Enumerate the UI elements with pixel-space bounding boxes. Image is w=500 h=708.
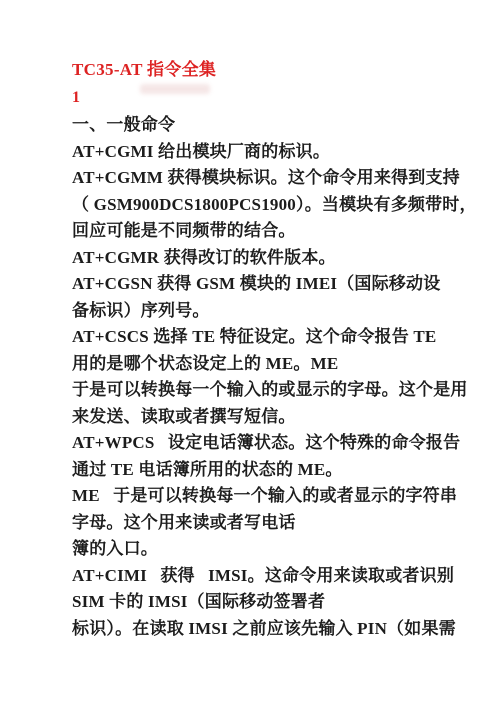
text-line: 于是可以转换每一个输入的或显示的字母。这个是用 bbox=[72, 377, 464, 404]
text-line: SIM 卡的 IMSI（国际移动签署者 bbox=[72, 589, 464, 616]
section-number: 1 bbox=[72, 84, 464, 112]
text-line: 来发送、读取或者撰写短信。 bbox=[72, 404, 464, 431]
text-line: AT+CGMI 给出模块厂商的标识。 bbox=[72, 139, 464, 166]
text-line: 通过 TE 电话簿所用的状态的 ME。 bbox=[72, 457, 464, 484]
text-line: 回应可能是不同频带的结合。 bbox=[72, 218, 464, 245]
text-line: 备标识）序列号。 bbox=[72, 298, 464, 325]
text-line: AT+CSCS 选择 TE 特征设定。这个命令报告 TE bbox=[72, 324, 464, 351]
text-line: （ GSM900DCS1800PCS1900）。当模块有多频带时， bbox=[72, 192, 464, 219]
text-line: 字母。这个用来读或者写电话 bbox=[72, 510, 464, 537]
text-line: 用的是哪个状态设定上的 ME。ME bbox=[72, 351, 464, 378]
text-line: AT+CGMM 获得模块标识。这个命令用来得到支持 bbox=[72, 165, 464, 192]
document-page: TC35-AT 指令全集 1 一、一般命令 AT+CGMI 给出模块厂商的标识。… bbox=[0, 0, 500, 708]
text-line: AT+WPCS 设定电话簿状态。这个特殊的命令报告 bbox=[72, 430, 464, 457]
text-line: AT+CIMI 获得 IMSI。这命令用来读取或者识别 bbox=[72, 563, 464, 590]
text-line: ME 于是可以转换每一个输入的或者显示的字符串 bbox=[72, 483, 464, 510]
text-line: 簿的入口。 bbox=[72, 536, 464, 563]
document-content: TC35-AT 指令全集 1 一、一般命令 AT+CGMI 给出模块厂商的标识。… bbox=[72, 56, 464, 642]
text-line: AT+CGSN 获得 GSM 模块的 IMEI（国际移动设 bbox=[72, 271, 464, 298]
text-line: AT+CGMR 获得改订的软件版本。 bbox=[72, 245, 464, 272]
document-title: TC35-AT 指令全集 bbox=[72, 56, 464, 84]
section-heading: 一、一般命令 bbox=[72, 112, 464, 139]
text-line: 标识）。在读取 IMSI 之前应该先输入 PIN（如果需 bbox=[72, 616, 464, 643]
